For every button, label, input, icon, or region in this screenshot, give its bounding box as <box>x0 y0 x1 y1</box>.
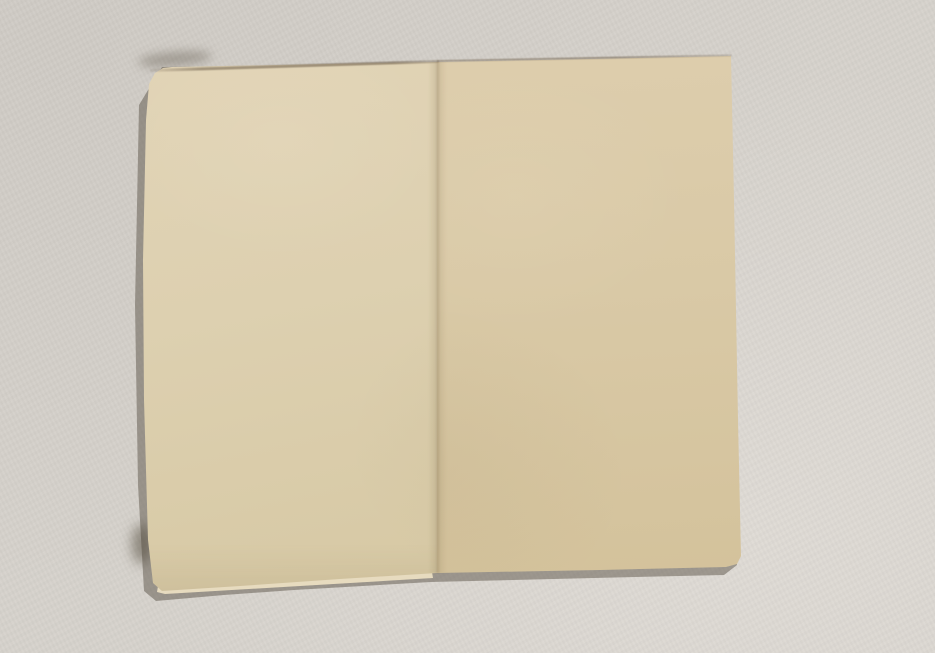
center-fold-crease <box>428 61 447 573</box>
photo-of-open-book <box>0 0 935 653</box>
